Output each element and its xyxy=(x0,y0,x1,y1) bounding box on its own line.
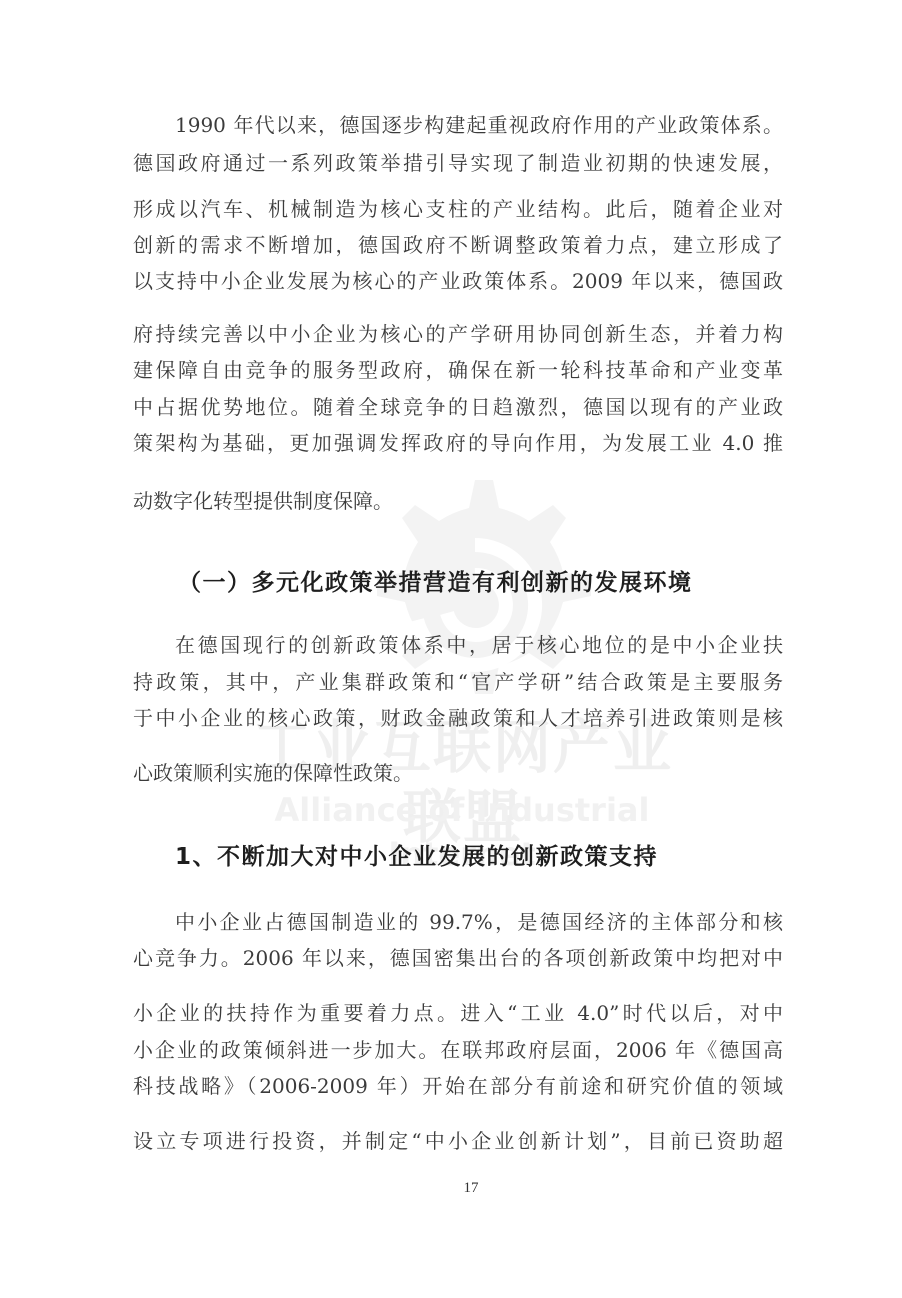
paragraph-line: 心政策顺利实施的保障性政策。 xyxy=(133,760,783,786)
paragraph-line: 形成以汽车、机械制造为核心支柱的产业结构。此后，随着企业对 xyxy=(133,196,783,222)
paragraph-line: 德国政府通过一系列政策举措引导实现了制造业初期的快速发展， xyxy=(133,150,783,176)
paragraph-line: 设立专项进行投资，并制定“中小企业创新计划”，目前已资助超 xyxy=(133,1128,783,1154)
paragraph-line: 创新的需求不断增加，德国政府不断调整政策着力点，建立形成了 xyxy=(133,232,783,258)
paragraph-line: 小企业的政策倾斜进一步加大。在联邦政府层面，2006 年《德国高 xyxy=(133,1037,783,1063)
paragraph-line: 府持续完善以中小企业为核心的产学研用协同创新生态，并着力构 xyxy=(133,321,783,347)
paragraph-line: 中小企业占德国制造业的 99.7%，是德国经济的主体部分和核 xyxy=(175,909,783,935)
paragraph-line: 在德国现行的创新政策体系中，居于核心地位的是中小企业扶 xyxy=(175,632,783,658)
paragraph-line: 科技战略》（2006-2009 年）开始在部分有前途和研究价值的领域 xyxy=(133,1073,783,1099)
section-heading: （一）多元化政策举措营造有利创新的发展环境 xyxy=(178,568,693,598)
paragraph-line: 建保障自由竞争的服务型政府，确保在新一轮科技革命和产业变革 xyxy=(133,357,783,383)
paragraph-line: 心竞争力。2006 年以来，德国密集出台的各项创新政策中均把对中 xyxy=(133,945,783,971)
paragraph-line: 1990 年代以来，德国逐步构建起重视政府作用的产业政策体系。 xyxy=(175,112,783,138)
paragraph-line: 小企业的扶持作为重要着力点。进入“工业 4.0”时代以后，对中 xyxy=(133,1000,783,1026)
paragraph-line: 策架构为基础，更加强调发挥政府的导向作用，为发展工业 4.0 推 xyxy=(133,430,783,456)
page-number: 17 xyxy=(451,1180,491,1197)
subsection-heading: 1、不断加大对中小企业发展的创新政策支持 xyxy=(175,842,658,872)
paragraph-line: 持政策，其中，产业集群政策和“官产学研”结合政策是主要服务 xyxy=(133,669,783,695)
paragraph-line: 以支持中小企业发展为核心的产业政策体系。2009 年以来，德国政 xyxy=(133,268,783,294)
paragraph-line: 中占据优势地位。随着全球竞争的日趋激烈，德国以现有的产业政 xyxy=(133,394,783,420)
paragraph-line: 于中小企业的核心政策，财政金融政策和人才培养引进政策则是核 xyxy=(133,705,783,731)
paragraph-line: 动数字化转型提供制度保障。 xyxy=(133,488,783,514)
